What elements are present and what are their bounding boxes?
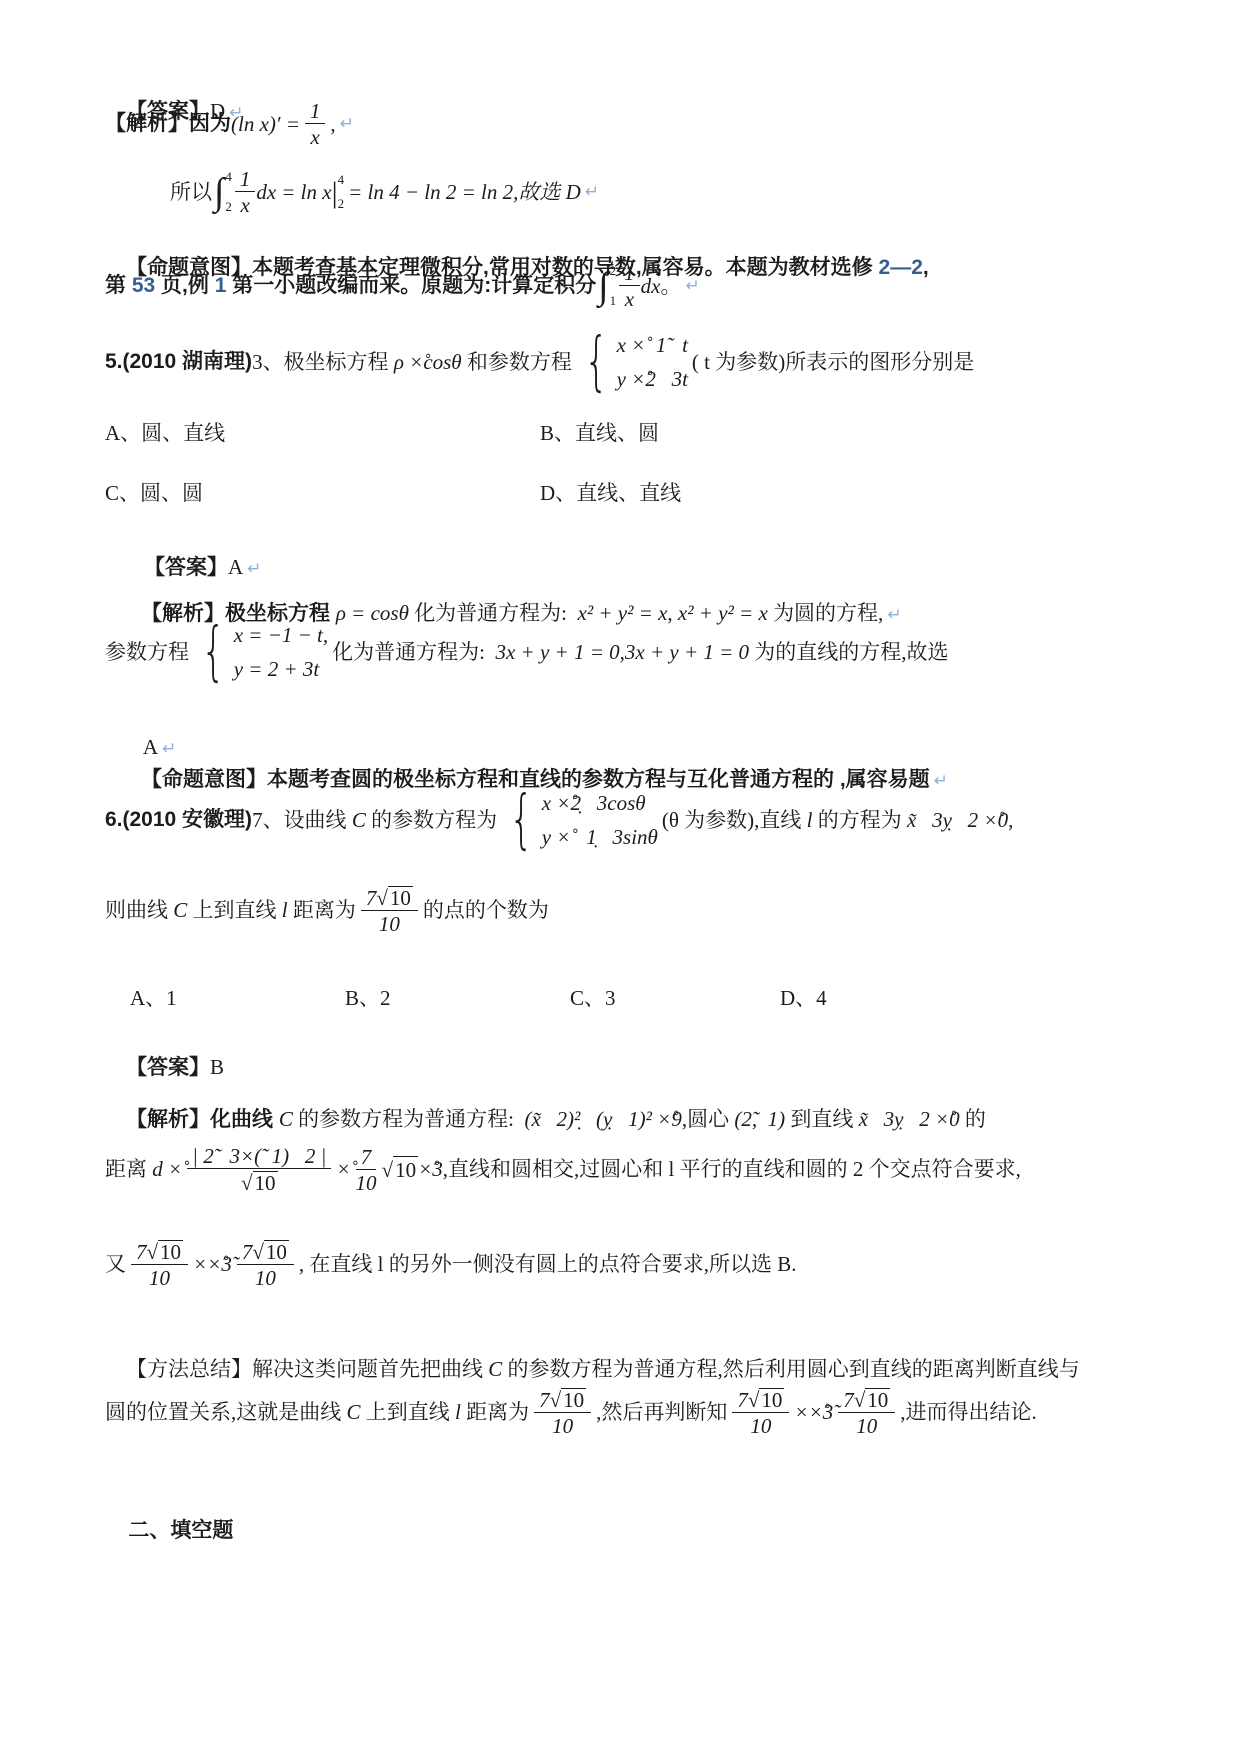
greater-than-3: ××̊3̃: [794, 1399, 833, 1425]
q5-option-c: C、圆、圆: [105, 480, 203, 506]
q5-stem-text: 和参数方程: [467, 349, 572, 375]
fraction-7sqrt10-over-10: 7√1010: [534, 1388, 591, 1437]
analysis-text: ,圆心: [682, 1107, 735, 1131]
q6-method-line2: 圆的位置关系,这就是曲线 C 上到直线 l 距离为 7√1010 ,然后再判断知…: [105, 1388, 1037, 1437]
sqrt-10: √10: [376, 886, 413, 909]
case-x-equation: x ×̊2̣ 3cosθ: [542, 790, 658, 816]
suoyi-text: 所以: [170, 179, 212, 205]
case-x-equation: x = −1 − t,: [234, 622, 328, 648]
fraction-denominator: x: [625, 286, 634, 310]
sqrt-10: √10: [854, 1388, 891, 1411]
integral-lower: 1: [610, 293, 617, 309]
curve-c: C: [173, 897, 187, 923]
fraction-7-over-10: 710: [356, 1146, 377, 1194]
radicand: 10: [388, 886, 413, 909]
q6-source: 6.(2010 安徽理): [105, 807, 252, 833]
q6-stem-text: 的方程为: [813, 807, 908, 833]
fraction-numerator: 1: [235, 168, 256, 192]
radicand: 10: [158, 1240, 183, 1263]
bar-upper: 4: [338, 172, 345, 188]
sqrt-10: √10: [147, 1240, 184, 1263]
case-y-equation: y ×̊ 1̣ 3sinθ: [542, 824, 658, 850]
page-number: 53: [132, 273, 155, 299]
radicand: 10: [264, 1240, 289, 1263]
fraction-numerator: 1: [305, 100, 326, 124]
fraction-denominator: 10: [552, 1413, 573, 1437]
q6-distance-calc-line: 距离 d ×̊ | 2̃ 3×(̃ 1) 2 |√10 ×̊ 710 √10 ×…: [105, 1145, 1021, 1194]
q6-text: 的点的个数为: [423, 897, 549, 923]
fraction-coefficient: 7: [242, 1241, 253, 1263]
q4-intent-line2: 第 53 页,例 1 第一小题改编而来。原题为:计算定积分 ∫21 1x dx。…: [105, 262, 700, 310]
fraction-1-over-x: 1x: [619, 262, 640, 310]
comma-text: ,: [1008, 807, 1013, 833]
fraction-1-over-x: 1x: [305, 100, 326, 148]
pilcrow-mark: ↵: [585, 182, 599, 203]
integral-icon: ∫: [598, 269, 608, 303]
radicand: 10: [759, 1388, 784, 1411]
brace-icon: {: [584, 335, 608, 389]
analysis-text: 的: [960, 1107, 986, 1131]
fraction-numerator: 1: [619, 262, 640, 286]
fraction-denominator: 10: [379, 911, 400, 935]
section-title-text: 二、填空题: [128, 1519, 233, 1542]
distance-text: 距离: [105, 1156, 152, 1182]
q6-option-c: C、3: [570, 985, 616, 1011]
fullstop-text: 。: [660, 273, 681, 299]
pilcrow-mark: ↵: [685, 276, 699, 297]
abs-numerator: | 2̃ 3×(̃ 1) 2 |: [187, 1145, 331, 1169]
curve-c: C: [352, 807, 366, 833]
case-x-equation: x ×̊ 1̃ t: [617, 332, 688, 358]
analysis-label: 【解析】因为: [105, 111, 231, 137]
sqrt-10: √10: [241, 1171, 278, 1194]
textbook-number: 2—2: [879, 256, 923, 279]
evaluation-bar: |42: [332, 172, 345, 212]
circle-equation: (x̃ 2)²̣ (ỵ 1)² ×̊9: [524, 1107, 681, 1131]
method-text: 的参数方程为普通方程,然后利用圆心到直线的距离判断直线与: [502, 1357, 1080, 1381]
sqrt-10: √10: [382, 1156, 419, 1183]
fraction-denominator: 10: [149, 1265, 170, 1289]
curve-c: C: [279, 1107, 293, 1131]
q6-text: 则曲线: [105, 897, 173, 923]
greater-than-3: ××̊3̃: [193, 1251, 232, 1277]
param-text: 化为普通方程为:: [332, 639, 495, 665]
analysis-text: ,直线和圆相交,过圆心和 l 平行的直线和圆的 2 个交点符合要求,: [443, 1156, 1021, 1182]
integral-lower: 2: [225, 199, 232, 215]
answer-label: 【答案】: [126, 1056, 210, 1079]
radicand: 10: [865, 1388, 890, 1411]
fraction-numerator: 7: [356, 1146, 377, 1170]
curve-c: C: [347, 1399, 361, 1425]
bar-lower: 2: [338, 196, 345, 212]
method-text: 上到直线: [361, 1399, 456, 1425]
dx-term: dx: [256, 179, 276, 205]
param-tail: 为的直线的方程,故选: [754, 639, 948, 665]
radical-icon: √: [252, 1243, 264, 1262]
fraction-7sqrt10-over-10: 7√1010: [732, 1388, 789, 1437]
q6-distance-line: 则曲线 C 上到直线 l 距离为 7√1010 的点的个数为: [105, 886, 549, 935]
fraction-abs-over-sqrt10: | 2̃ 3×(̃ 1) 2 |√10: [187, 1145, 331, 1194]
integral-1-2: ∫21: [598, 262, 616, 310]
fraction-coefficient: 7: [539, 1389, 550, 1411]
intent-text: 【命题意图】本题考查圆的极坐标方程和直线的参数方程与互化普通方程的 ,属容易题: [141, 768, 930, 791]
method-text: 距离为: [461, 1399, 529, 1425]
radicand: 10: [393, 1156, 418, 1183]
case-y-equation: y = 2 + 3t: [234, 656, 328, 682]
parametric-system: {x = −1 − t,y = 2 + 3t: [193, 622, 328, 683]
q6-option-a: A、1: [130, 985, 177, 1011]
brace-icon: {: [201, 625, 225, 679]
radicand: 10: [561, 1388, 586, 1411]
analysis-label: 【解析】化曲线: [126, 1108, 279, 1131]
fraction-denominator: x: [310, 124, 319, 148]
analysis-text: 的参数方程为普通方程:: [293, 1107, 525, 1131]
q5-option-b: B、直线、圆: [540, 420, 659, 446]
method-text: ,然后再判断知: [596, 1399, 727, 1425]
fraction-denominator: 10: [856, 1413, 877, 1437]
pilcrow-mark: ↵: [340, 114, 354, 135]
fraction-1-over-x: 1x: [235, 168, 256, 216]
radical-icon: √: [147, 1243, 159, 1262]
q6-text: 距离为: [288, 897, 356, 923]
q6-stem-text: (θ 为参数),直线: [662, 807, 807, 833]
distance-d: d ×̊: [152, 1156, 182, 1182]
q5-option-a: A、圆、直线: [105, 420, 225, 446]
radical-icon: √: [382, 1161, 394, 1180]
q5-option-d: D、直线、直线: [540, 480, 681, 506]
fraction-coefficient: 7: [843, 1389, 854, 1411]
sqrt-10: √10: [550, 1388, 587, 1411]
parametric-system: {x ×̊ 1̃ ty ×̊2 3t: [576, 332, 688, 393]
integral-icon: ∫: [214, 175, 224, 209]
answer-value: B: [210, 1055, 224, 1079]
q5-stem-line: 5.(2010 湖南理)3、极坐标方程 ρ ×̊cosθ 和参数方程 {x ×̊…: [105, 332, 974, 393]
method-text: 【方法总结】解决这类问题首先把曲线: [126, 1357, 488, 1381]
q6-stem-text: 的参数方程为: [366, 807, 497, 833]
case-y-equation: y ×̊2 3t: [617, 366, 688, 392]
you-text: 又: [105, 1251, 126, 1277]
fraction-7sqrt10-over-10: 7√1010: [838, 1388, 895, 1437]
sqrt-10: √10: [252, 1240, 289, 1263]
circle-center: (2̃, 1): [734, 1107, 785, 1131]
integral-upper: 2: [610, 263, 617, 279]
comma-text: ,: [330, 111, 335, 137]
q4-analysis-line: 【解析】因为(ln x)′ = 1x ,↵: [105, 100, 354, 148]
analysis-text: 到直线: [785, 1107, 859, 1131]
fraction-denominator: 10: [255, 1265, 276, 1289]
fraction-7sqrt10-over-10: 7√1010: [361, 886, 418, 935]
intent-text: 第: [105, 273, 132, 299]
q5-stem-tail: ( t 为参数)所表示的图形分别是: [692, 349, 974, 375]
line-equation: x̃ 3ỵ 2 ×̊0: [859, 1107, 960, 1131]
line-equation: x̃ 3ỵ 2 ×̊0: [907, 807, 1008, 833]
dx-term: dx: [641, 273, 661, 299]
q5-stem-text: 3、极坐标方程: [252, 349, 394, 375]
fraction-denominator: x: [241, 192, 250, 216]
intent-text: 页,例: [155, 273, 215, 299]
q5-param-line: 参数方程 {x = −1 − t,y = 2 + 3t 化为普通方程为: 3x …: [105, 622, 949, 683]
q6-stem-line: 6.(2010 安徽理)7、设曲线 C 的参数方程为 {x ×̊2̣ 3cosθ…: [105, 790, 1013, 851]
radical-icon: √: [854, 1391, 866, 1410]
radical-icon: √: [241, 1174, 253, 1193]
parametric-system: {x ×̊2̣ 3cosθy ×̊ 1̣ 3sinθ: [501, 790, 658, 851]
fraction-coefficient: 7: [366, 887, 377, 909]
radical-icon: √: [376, 889, 388, 908]
q6-stem-text: 7、设曲线: [252, 807, 352, 833]
pilcrow-mark: ↵: [934, 771, 948, 790]
polar-equation: ρ ×̊cosθ: [394, 349, 467, 375]
conclusion-text: , 在直线 l 的另外一侧没有圆上的点符合要求,所以选 B.: [299, 1251, 797, 1277]
radical-icon: √: [748, 1391, 760, 1410]
integral-upper: 4: [225, 169, 232, 185]
fraction-denominator: 10: [356, 1170, 377, 1194]
fraction-7sqrt10-over-10: 7√1010: [131, 1240, 188, 1289]
line-eq: 3x + y + 1 = 0,3x + y + 1 = 0: [495, 639, 754, 665]
q5-source: 5.(2010 湖南理): [105, 349, 252, 375]
q6-compare-line: 又 7√1010 ××̊3̃ 7√1010 , 在直线 l 的另外一侧没有圆上的…: [105, 1240, 797, 1289]
curve-c: C: [488, 1357, 502, 1381]
example-number: 1: [215, 273, 227, 299]
param-label: 参数方程: [105, 639, 189, 665]
lnx-derivative: (ln x)′ =: [231, 111, 300, 137]
document-page: 【答案】D↵ 【解析】因为(ln x)′ = 1x ,↵ 所以 ∫42 1x d…: [0, 0, 1241, 1754]
fraction-coefficient: 7: [737, 1389, 748, 1411]
method-text: ,进而得出结论.: [900, 1399, 1037, 1425]
fraction-coefficient: 7: [136, 1241, 147, 1263]
sqrt-10: √10: [748, 1388, 785, 1411]
radicand: 10: [253, 1171, 278, 1194]
integral-2-4: ∫42: [214, 168, 232, 216]
q6-text: 上到直线: [187, 897, 282, 923]
equals-lnx: = ln x: [281, 179, 331, 205]
garbled-equals: ×̊: [336, 1156, 350, 1182]
radical-icon: √: [550, 1391, 562, 1410]
section-fill-in-title: 二、填空题: [105, 1492, 233, 1571]
fraction-7sqrt10-over-10: 7√1010: [237, 1240, 294, 1289]
brace-icon: {: [509, 793, 533, 847]
fraction-denominator: 10: [750, 1413, 771, 1437]
q4-integral-line: 所以 ∫42 1x dx = ln x |42 = ln 4 − ln 2 = …: [170, 168, 599, 216]
q6-option-d: D、4: [780, 985, 827, 1011]
result-text: = ln 4 − ln 2 = ln 2,故选 D: [348, 179, 581, 205]
method-text: 圆的位置关系,这就是曲线: [105, 1399, 347, 1425]
intent-text: 第一小题改编而来。原题为:计算定积分: [226, 273, 596, 299]
q6-option-b: B、2: [345, 985, 391, 1011]
comma-text: ,: [923, 256, 929, 279]
less-than-3: ×̊3: [418, 1156, 443, 1182]
